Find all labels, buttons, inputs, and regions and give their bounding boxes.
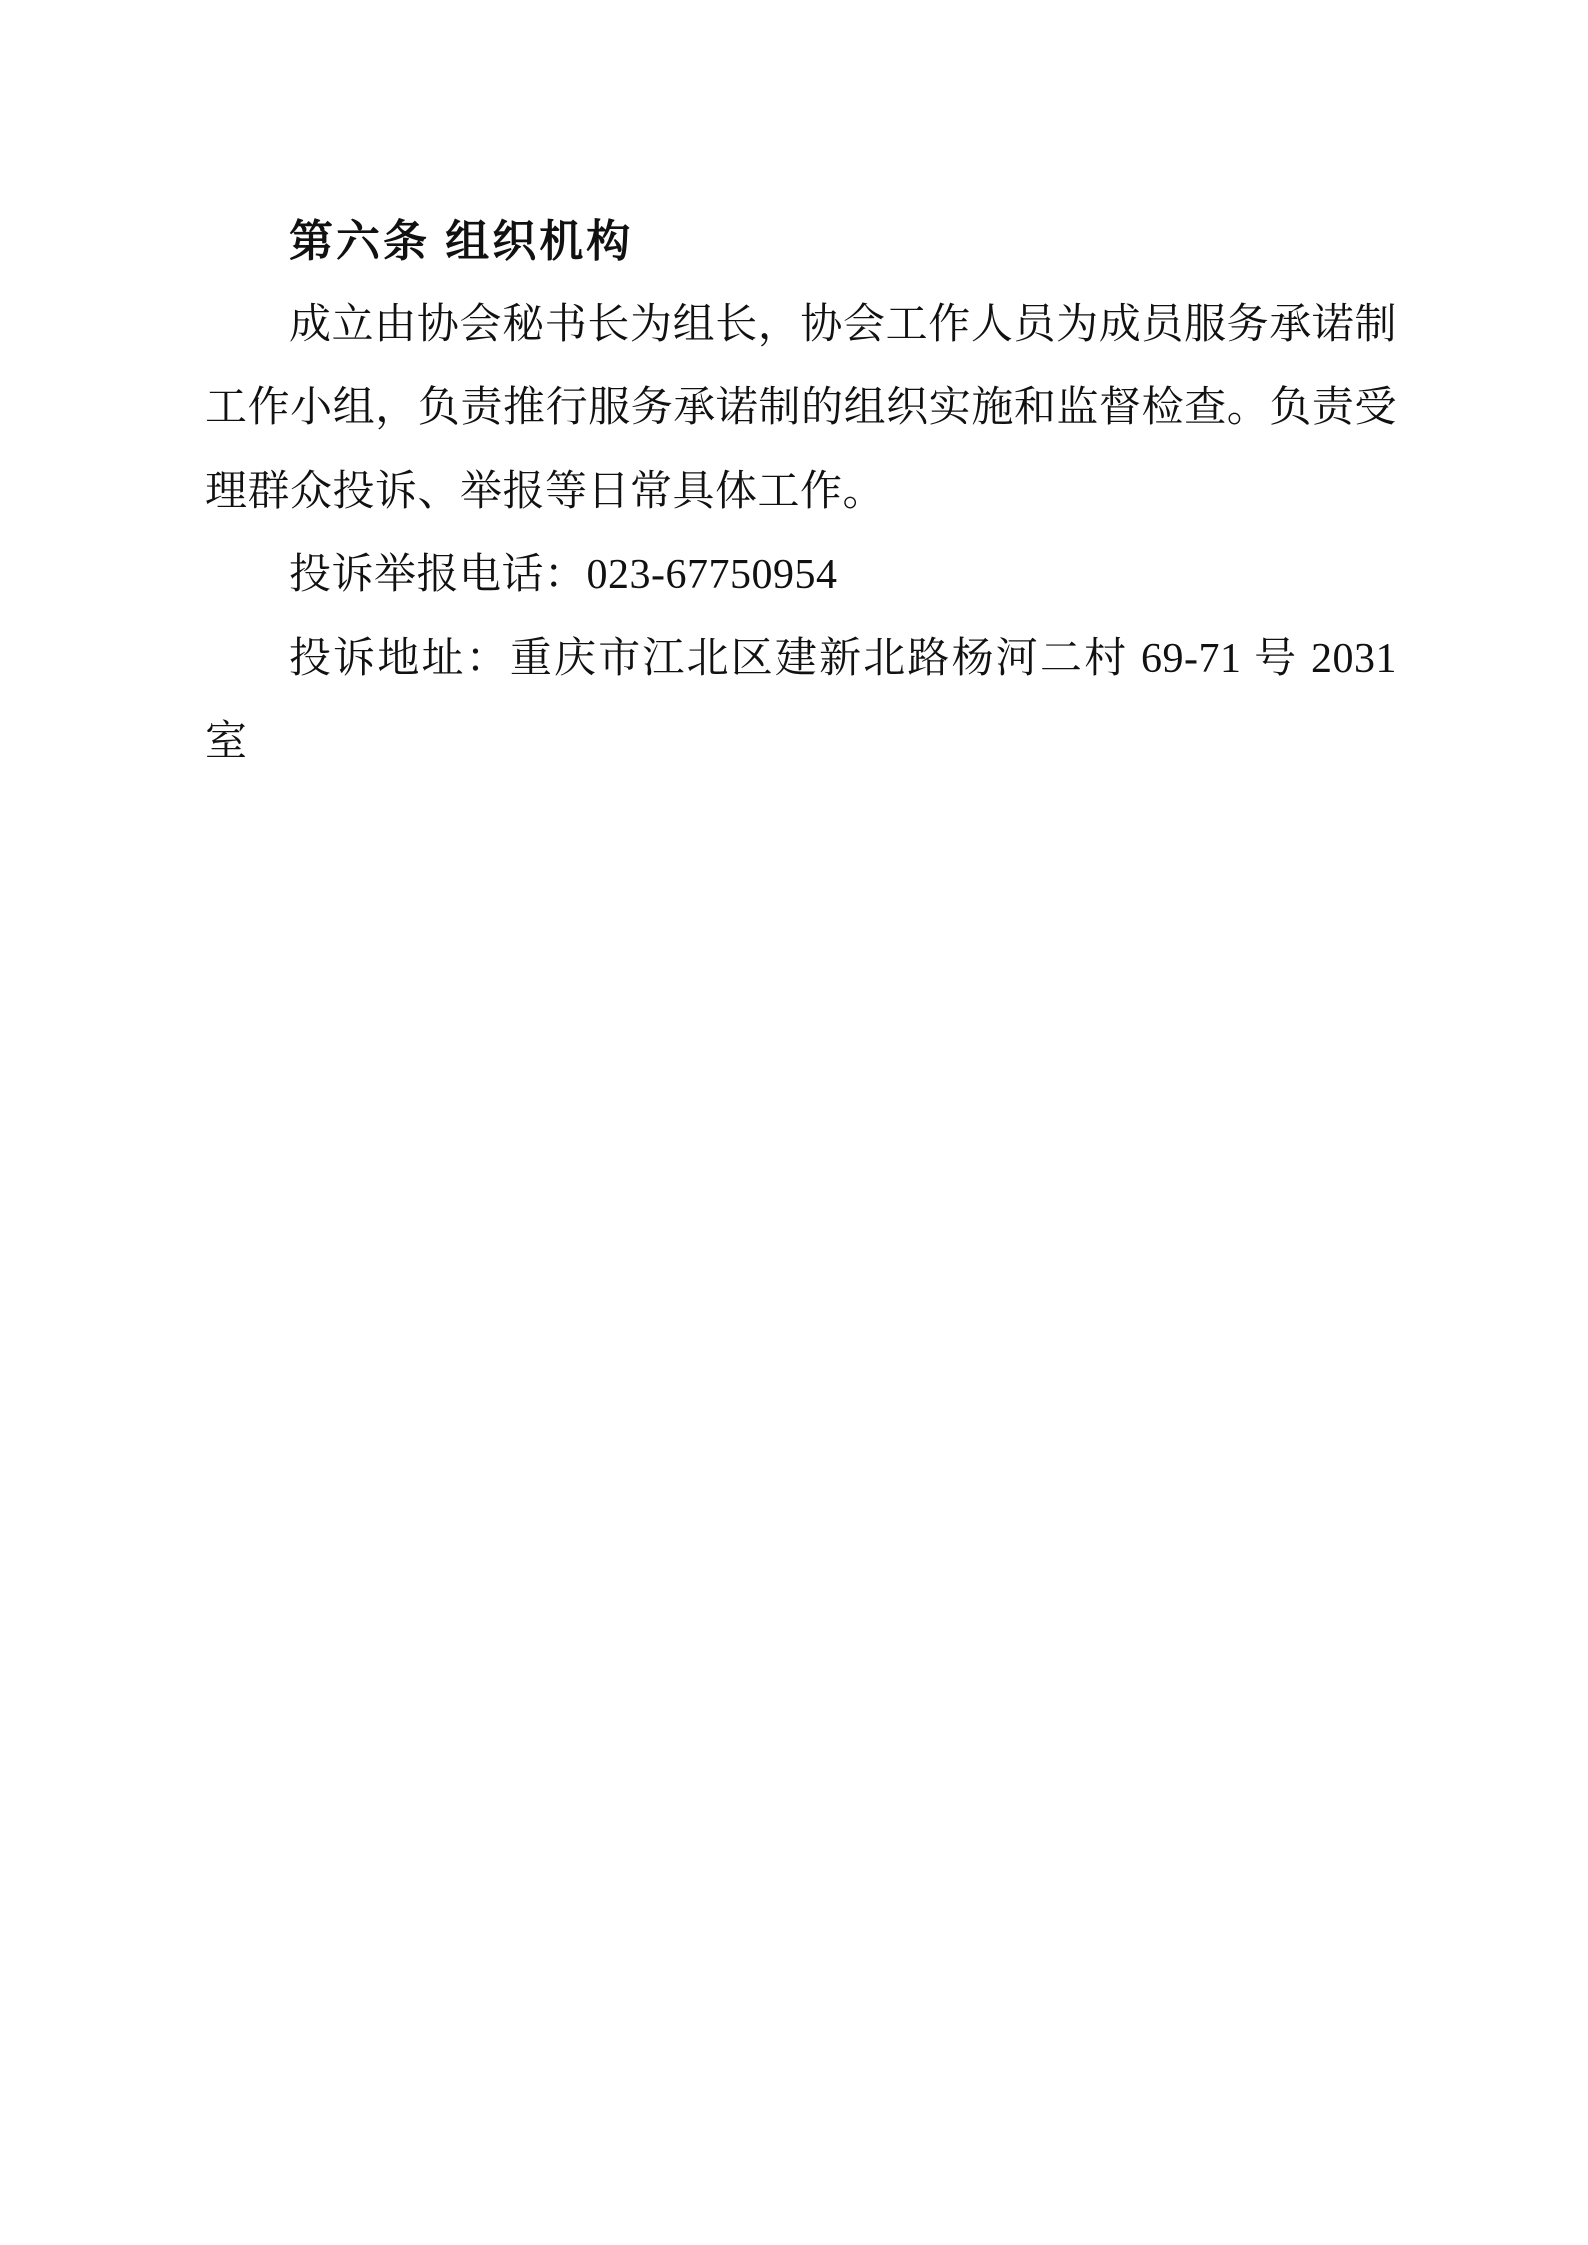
document-content: 第六条 组织机构 成立由协会秘书长为组长，协会工作人员为成员服务承诺制工作小组，… [205, 200, 1397, 785]
document-page: 第六条 组织机构 成立由协会秘书长为组长，协会工作人员为成员服务承诺制工作小组，… [0, 0, 1588, 2245]
paragraph-complaint-phone: 投诉举报电话：023-67750954 [205, 534, 1397, 618]
paragraph-complaint-address: 投诉地址：重庆市江北区建新北路杨河二村 69-71 号 2031 室 [205, 618, 1397, 785]
paragraph-organization-body: 成立由协会秘书长为组长，协会工作人员为成员服务承诺制工作小组，负责推行服务承诺制… [205, 284, 1397, 535]
section-heading: 第六条 组织机构 [205, 200, 1397, 284]
